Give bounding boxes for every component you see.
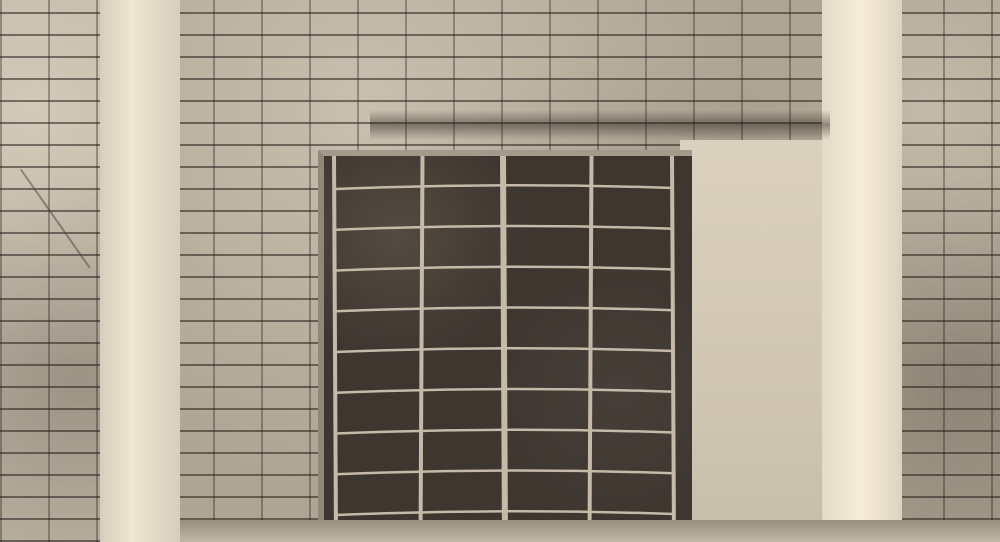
bottom-ledge: [180, 520, 1000, 542]
right-pillar: [822, 0, 902, 542]
lattice-window: [318, 150, 692, 542]
left-pillar: [100, 0, 180, 542]
plaster-panel: [680, 140, 822, 542]
lattice-grid: [324, 156, 686, 542]
left-brick-wall: [0, 0, 110, 542]
lintel-shadow: [370, 110, 830, 140]
right-brick-wall: [895, 0, 1000, 542]
photograph: Old black-and-white photograph of a bric…: [0, 0, 1000, 542]
